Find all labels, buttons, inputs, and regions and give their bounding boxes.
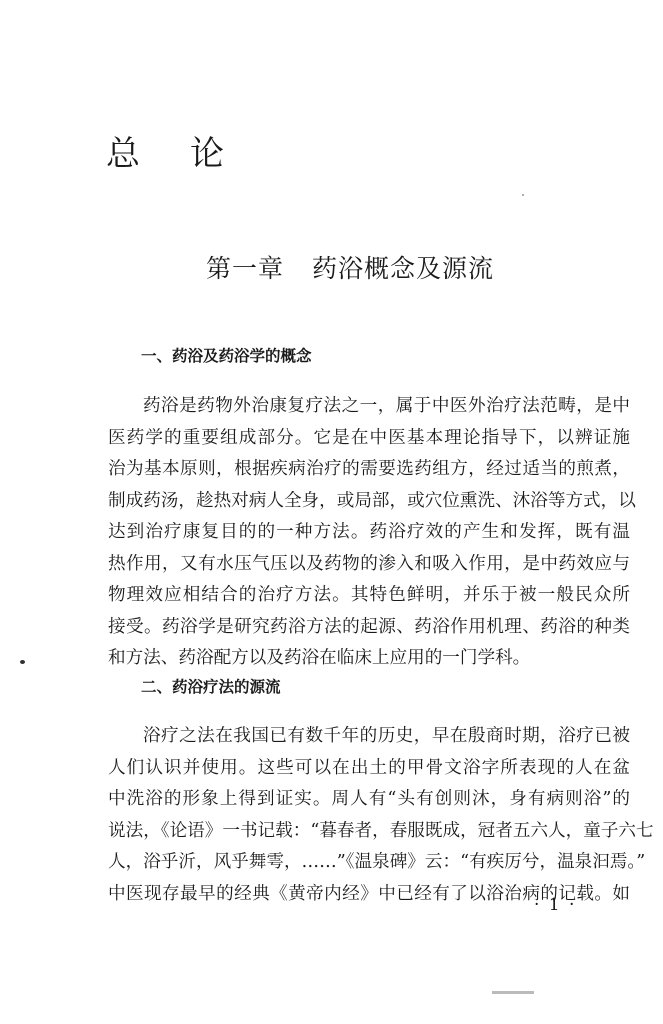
chapter-number: 第一章 <box>206 254 284 283</box>
scan-speck <box>522 194 524 196</box>
page-number: · 1 · <box>534 894 576 916</box>
scan-speck <box>20 660 25 664</box>
text-line: 中洗浴的形象上得到证实。周人有“头有创则沐，身有病则浴”的 <box>108 784 630 816</box>
text-line: 浴疗之法在我国已有数千年的历史，早在殷商时期，浴疗已被 <box>108 721 630 753</box>
text-line: 物理效应相结合的治疗方法。其特色鲜明，并乐于被一般民众所 <box>108 580 630 612</box>
paragraph-concept: 药浴是药物外治康复疗法之一，属于中医外治疗法范畴，是中 医药学的重要组成部分。它… <box>108 391 630 675</box>
part-title: 总论 <box>106 134 224 174</box>
text-line: 人，浴乎沂，风乎舞雩，……”《温泉碑》云：“有疾厉兮，温泉汩焉。” <box>108 847 630 879</box>
section-heading-concept: 一、药浴及药浴学的概念 <box>141 346 312 366</box>
section-heading-origin: 二、药浴疗法的源流 <box>141 677 281 697</box>
text-line: 人们认识并使用。这些可以在出土的甲骨文浴字所表现的人在盆 <box>108 753 630 785</box>
paragraph-origin: 浴疗之法在我国已有数千年的历史，早在殷商时期，浴疗已被 人们认识并使用。这些可以… <box>108 721 630 910</box>
part-title-char: 论 <box>190 134 224 174</box>
text-line: 医药学的重要组成部分。它是在中医基本理论指导下，以辨证施 <box>108 423 630 455</box>
text-line: 达到治疗康复目的的一种方法。药浴疗效的产生和发挥，既有温 <box>108 517 630 549</box>
chapter-name: 药浴概念及源流 <box>312 254 494 283</box>
text-line: 药浴是药物外治康复疗法之一，属于中医外治疗法范畴，是中 <box>108 391 630 423</box>
text-line: 热作用，又有水压气压以及药物的渗入和吸入作用，是中药效应与 <box>108 549 630 581</box>
chapter-title: 第一章药浴概念及源流 <box>206 253 494 285</box>
text-line: 说法，《论语》一书记载：“暮春者，春服既成，冠者五六人，童子六七 <box>108 816 630 848</box>
text-line: 治为基本原则，根据疾病治疗的需要选药组方，经过适当的煎煮， <box>108 454 630 486</box>
scan-smudge <box>492 991 534 994</box>
text-line: 制成药汤，趁热对病人全身，或局部，或穴位熏洗、沐浴等方式，以 <box>108 486 630 518</box>
part-title-char: 总 <box>106 134 140 174</box>
text-line: 和方法、药浴配方以及药浴在临床上应用的一门学科。 <box>108 643 630 675</box>
text-line: 接受。药浴学是研究药浴方法的起源、药浴作用机理、药浴的种类 <box>108 612 630 644</box>
